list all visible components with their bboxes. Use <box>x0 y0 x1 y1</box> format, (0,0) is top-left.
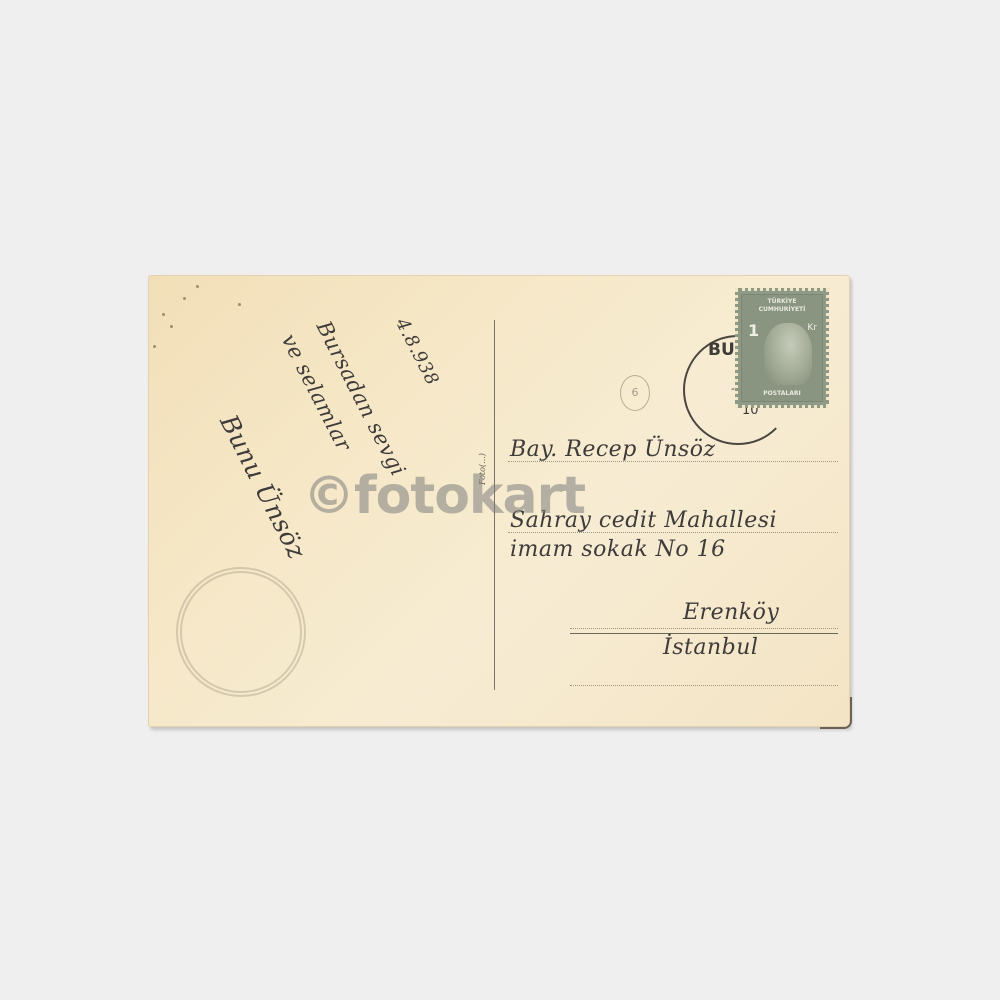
stamp-frame: TÜRKİYE CUMHURİYETİ 1 Kr POSTALARI <box>741 294 823 402</box>
stain <box>153 345 156 348</box>
stamp-country: TÜRKİYE CUMHURİYETİ <box>742 298 822 314</box>
stain <box>170 325 173 328</box>
stain <box>183 297 186 300</box>
portrait-icon <box>764 323 812 385</box>
message-signature: Bunu Ünsöz <box>214 410 312 564</box>
stain <box>196 285 199 288</box>
stamp-bottom-text: POSTALARI <box>742 390 822 397</box>
postage-stamp: TÜRKİYE CUMHURİYETİ 1 Kr POSTALARI <box>735 288 829 408</box>
stamp-unit: Kr <box>807 323 817 333</box>
address-rule <box>570 628 838 629</box>
address-rule <box>570 685 838 686</box>
small-mark: 6 <box>620 375 650 411</box>
address-line-4: Erenköy <box>683 600 779 625</box>
address-line-3: imam sokak No 16 <box>510 537 726 562</box>
address-line-1: Bay. Recep Ünsöz <box>510 437 716 462</box>
stamp-value: 1 <box>748 321 759 340</box>
address-line-5: İstanbul <box>663 635 758 660</box>
faded-seal <box>176 567 306 697</box>
watermark: ©fotokart <box>303 466 585 526</box>
stain <box>162 313 165 316</box>
postmark-city: BU <box>708 340 735 360</box>
address-rule <box>570 633 838 634</box>
stamp-country-line-1: TÜRKİYE <box>742 298 822 306</box>
message-date: 4.8.938 <box>391 315 442 389</box>
stamp-country-line-2: CUMHURİYETİ <box>742 306 822 314</box>
stain <box>238 303 241 306</box>
